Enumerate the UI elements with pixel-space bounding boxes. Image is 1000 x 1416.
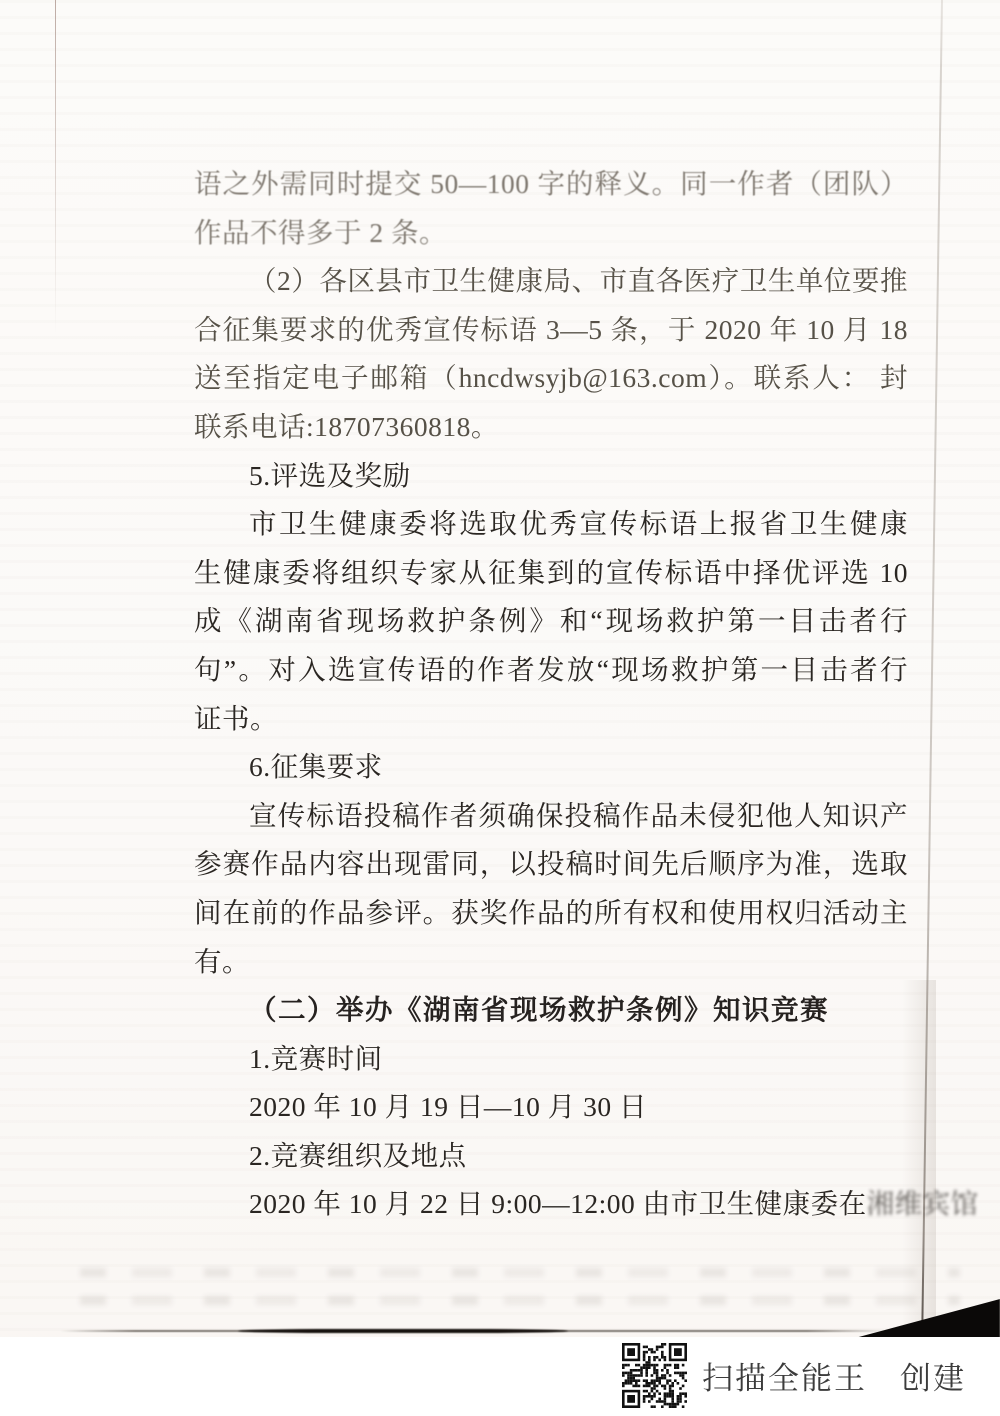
text-line: 送至指定电子邮箱（hncdwsyjb@163.com）。联系人： 封博竣， [194,354,908,403]
text-line: 2020 年 10 月 22 日 9:00—12:00 由市卫生健康委在湘维宾馆 [194,1180,908,1229]
text-line: 生健康委将组织专家从征集到的宣传标语中择优评选 10 条，形 [194,549,908,598]
text-line: 间在前的作品参评。获奖作品的所有权和使用权归活动主办方所 [194,889,908,938]
text-line: 作品不得多于 2 条。 [194,209,908,258]
text-line: 2020 年 10 月 19 日—10 月 30 日 [194,1083,908,1132]
text-line: 市卫生健康委将选取优秀宣传标语上报省卫生健康委，省卫 [194,500,908,549]
document-text-block: 语之外需同时提交 50—100 字的释义。同一作者（团队）提交的作品不得多于 2… [194,160,908,1229]
text-line: 成《湖南省现场救护条例》和“现场救护第一目击者行动”宣传“金 [194,597,908,646]
camscanner-caption: 扫描全能王 创建 [702,1353,966,1398]
text-line: 2.竞赛组织及地点 [194,1132,908,1181]
scanned-document-page: 语之外需同时提交 50—100 字的释义。同一作者（团队）提交的作品不得多于 2… [0,0,1000,1416]
text-line: 有。 [194,938,908,987]
text-line: 联系电话:18707360818。 [194,403,908,452]
text-line: 合征集要求的优秀宣传标语 3—5 条，于 2020 年 10 月 18 日前报 [194,306,908,355]
text-line: （二）举办《湖南省现场救护条例》知识竞赛 [194,986,908,1035]
page-left-edge-line [55,0,56,335]
text-line: 6.征集要求 [194,743,908,792]
blurred-text: 湘维宾馆 [867,1188,979,1219]
bleed-through-ghost [80,1296,960,1305]
text-line: 证书。 [194,695,908,744]
text-line: 句”。对入选宣传语的作者发放“现场救护第一目击者行动”奖励 [194,646,908,695]
text-line: 1.竞赛时间 [194,1035,908,1084]
camscanner-footer: 扫描全能王 创建 [0,1337,1000,1416]
text-line: 语之外需同时提交 50—100 字的释义。同一作者（团队）提交的 [194,160,908,209]
text-line: 参赛作品内容出现雷同，以投稿时间先后顺序为准，选取投稿时 [194,840,908,889]
qr-code-icon [622,1343,687,1408]
page-bottom-edge-shadow [238,1329,568,1333]
text-line: （2）各区县市卫生健康局、市直各医疗卫生单位要推荐符 [194,257,908,306]
bleed-through-ghost [80,1268,960,1277]
text-line: 宣传标语投稿作者须确保投稿作品未侵犯他人知识产权，如 [194,792,908,841]
text-line: 5.评选及奖励 [194,452,908,501]
